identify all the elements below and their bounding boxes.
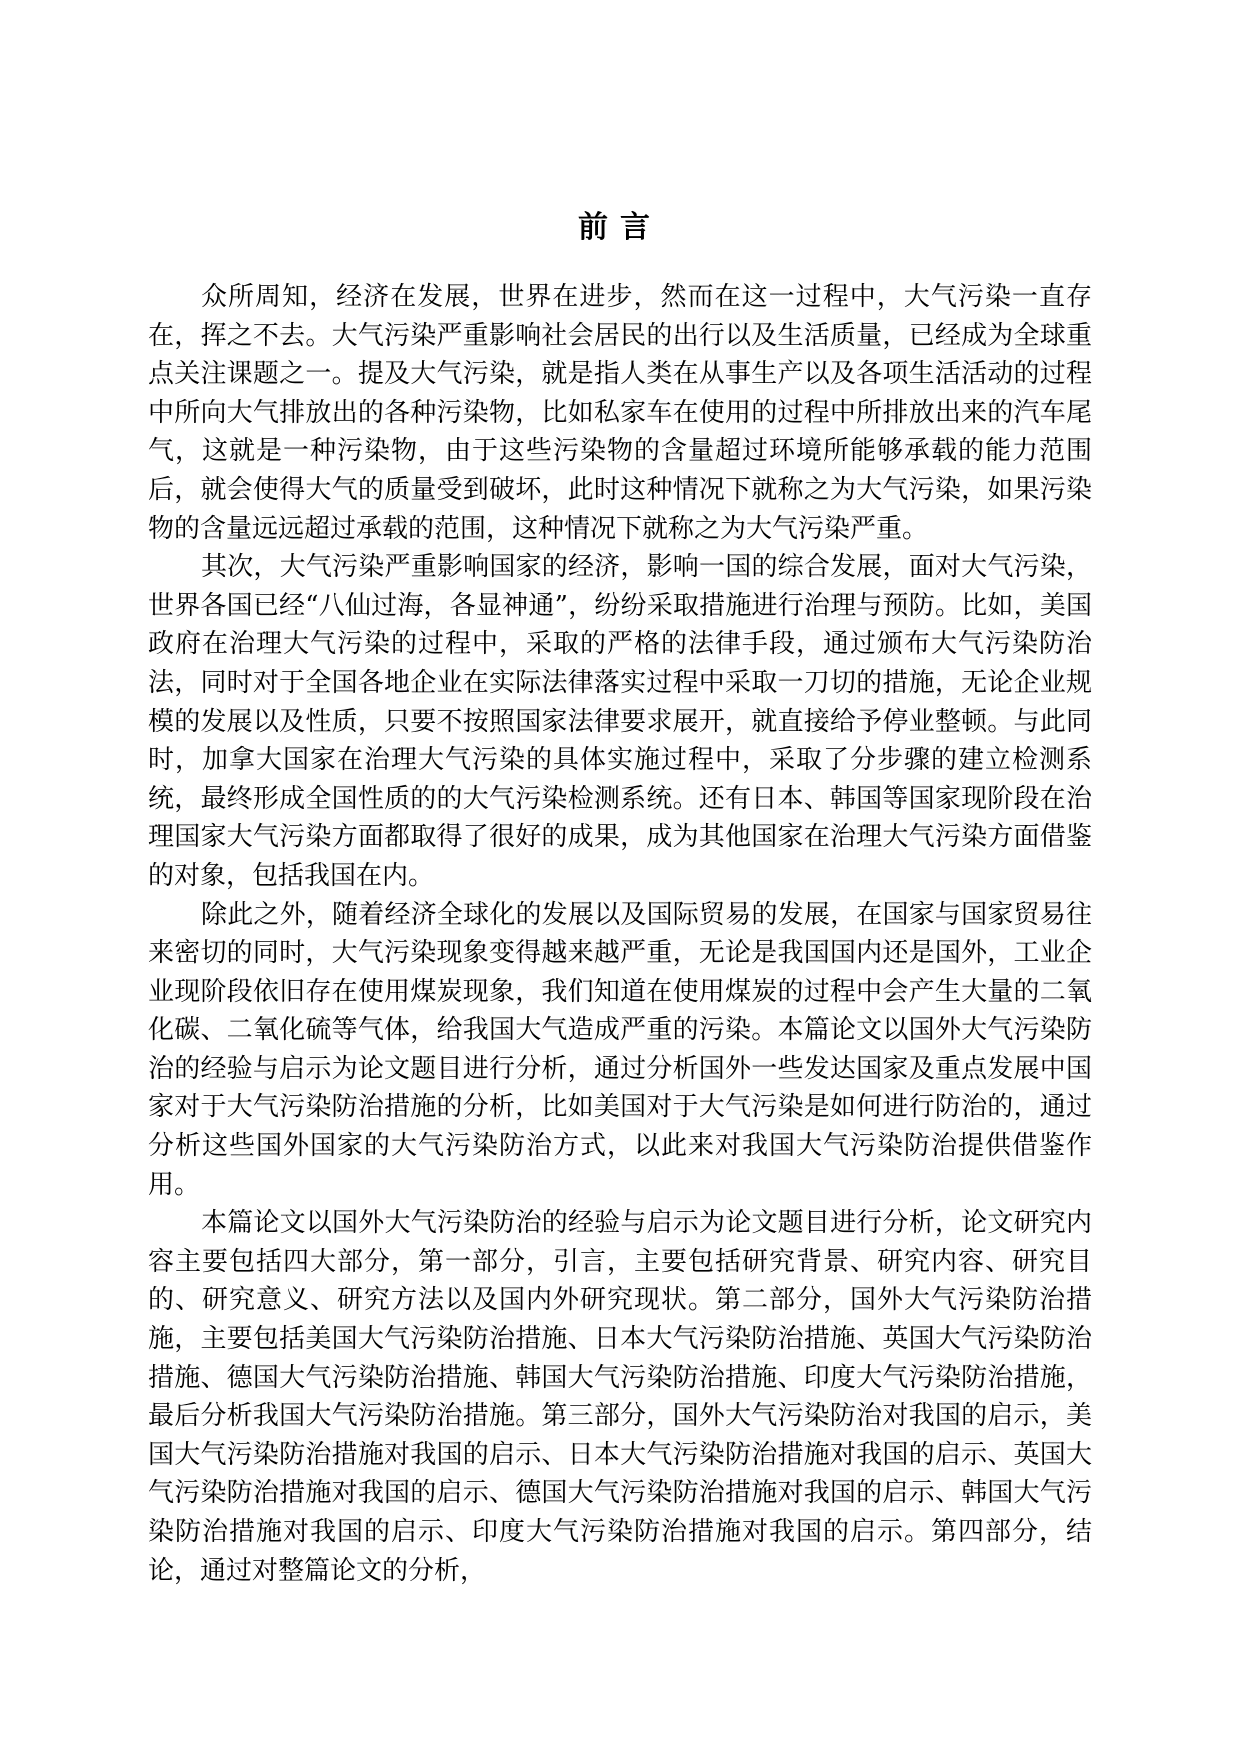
document-page: 前言 众所周知，经济在发展，世界在进步，然而在这一过程中，大气污染一直存在，挥之… (0, 0, 1240, 1754)
paragraph-1: 众所周知，经济在发展，世界在进步，然而在这一过程中，大气污染一直存在，挥之不去。… (148, 278, 1092, 548)
paragraph-3: 除此之外，随着经济全球化的发展以及国际贸易的发展，在国家与国家贸易往来密切的同时… (148, 896, 1092, 1205)
page-title: 前言 (0, 208, 1240, 248)
paragraph-2: 其次，大气污染严重影响国家的经济，影响一国的综合发展，面对大气污染，世界各国已经… (148, 548, 1092, 895)
paragraph-4: 本篇论文以国外大气污染防治的经验与启示为论文题目进行分析，论文研究内容主要包括四… (148, 1204, 1092, 1590)
body-text: 众所周知，经济在发展，世界在进步，然而在这一过程中，大气污染一直存在，挥之不去。… (148, 278, 1092, 1590)
